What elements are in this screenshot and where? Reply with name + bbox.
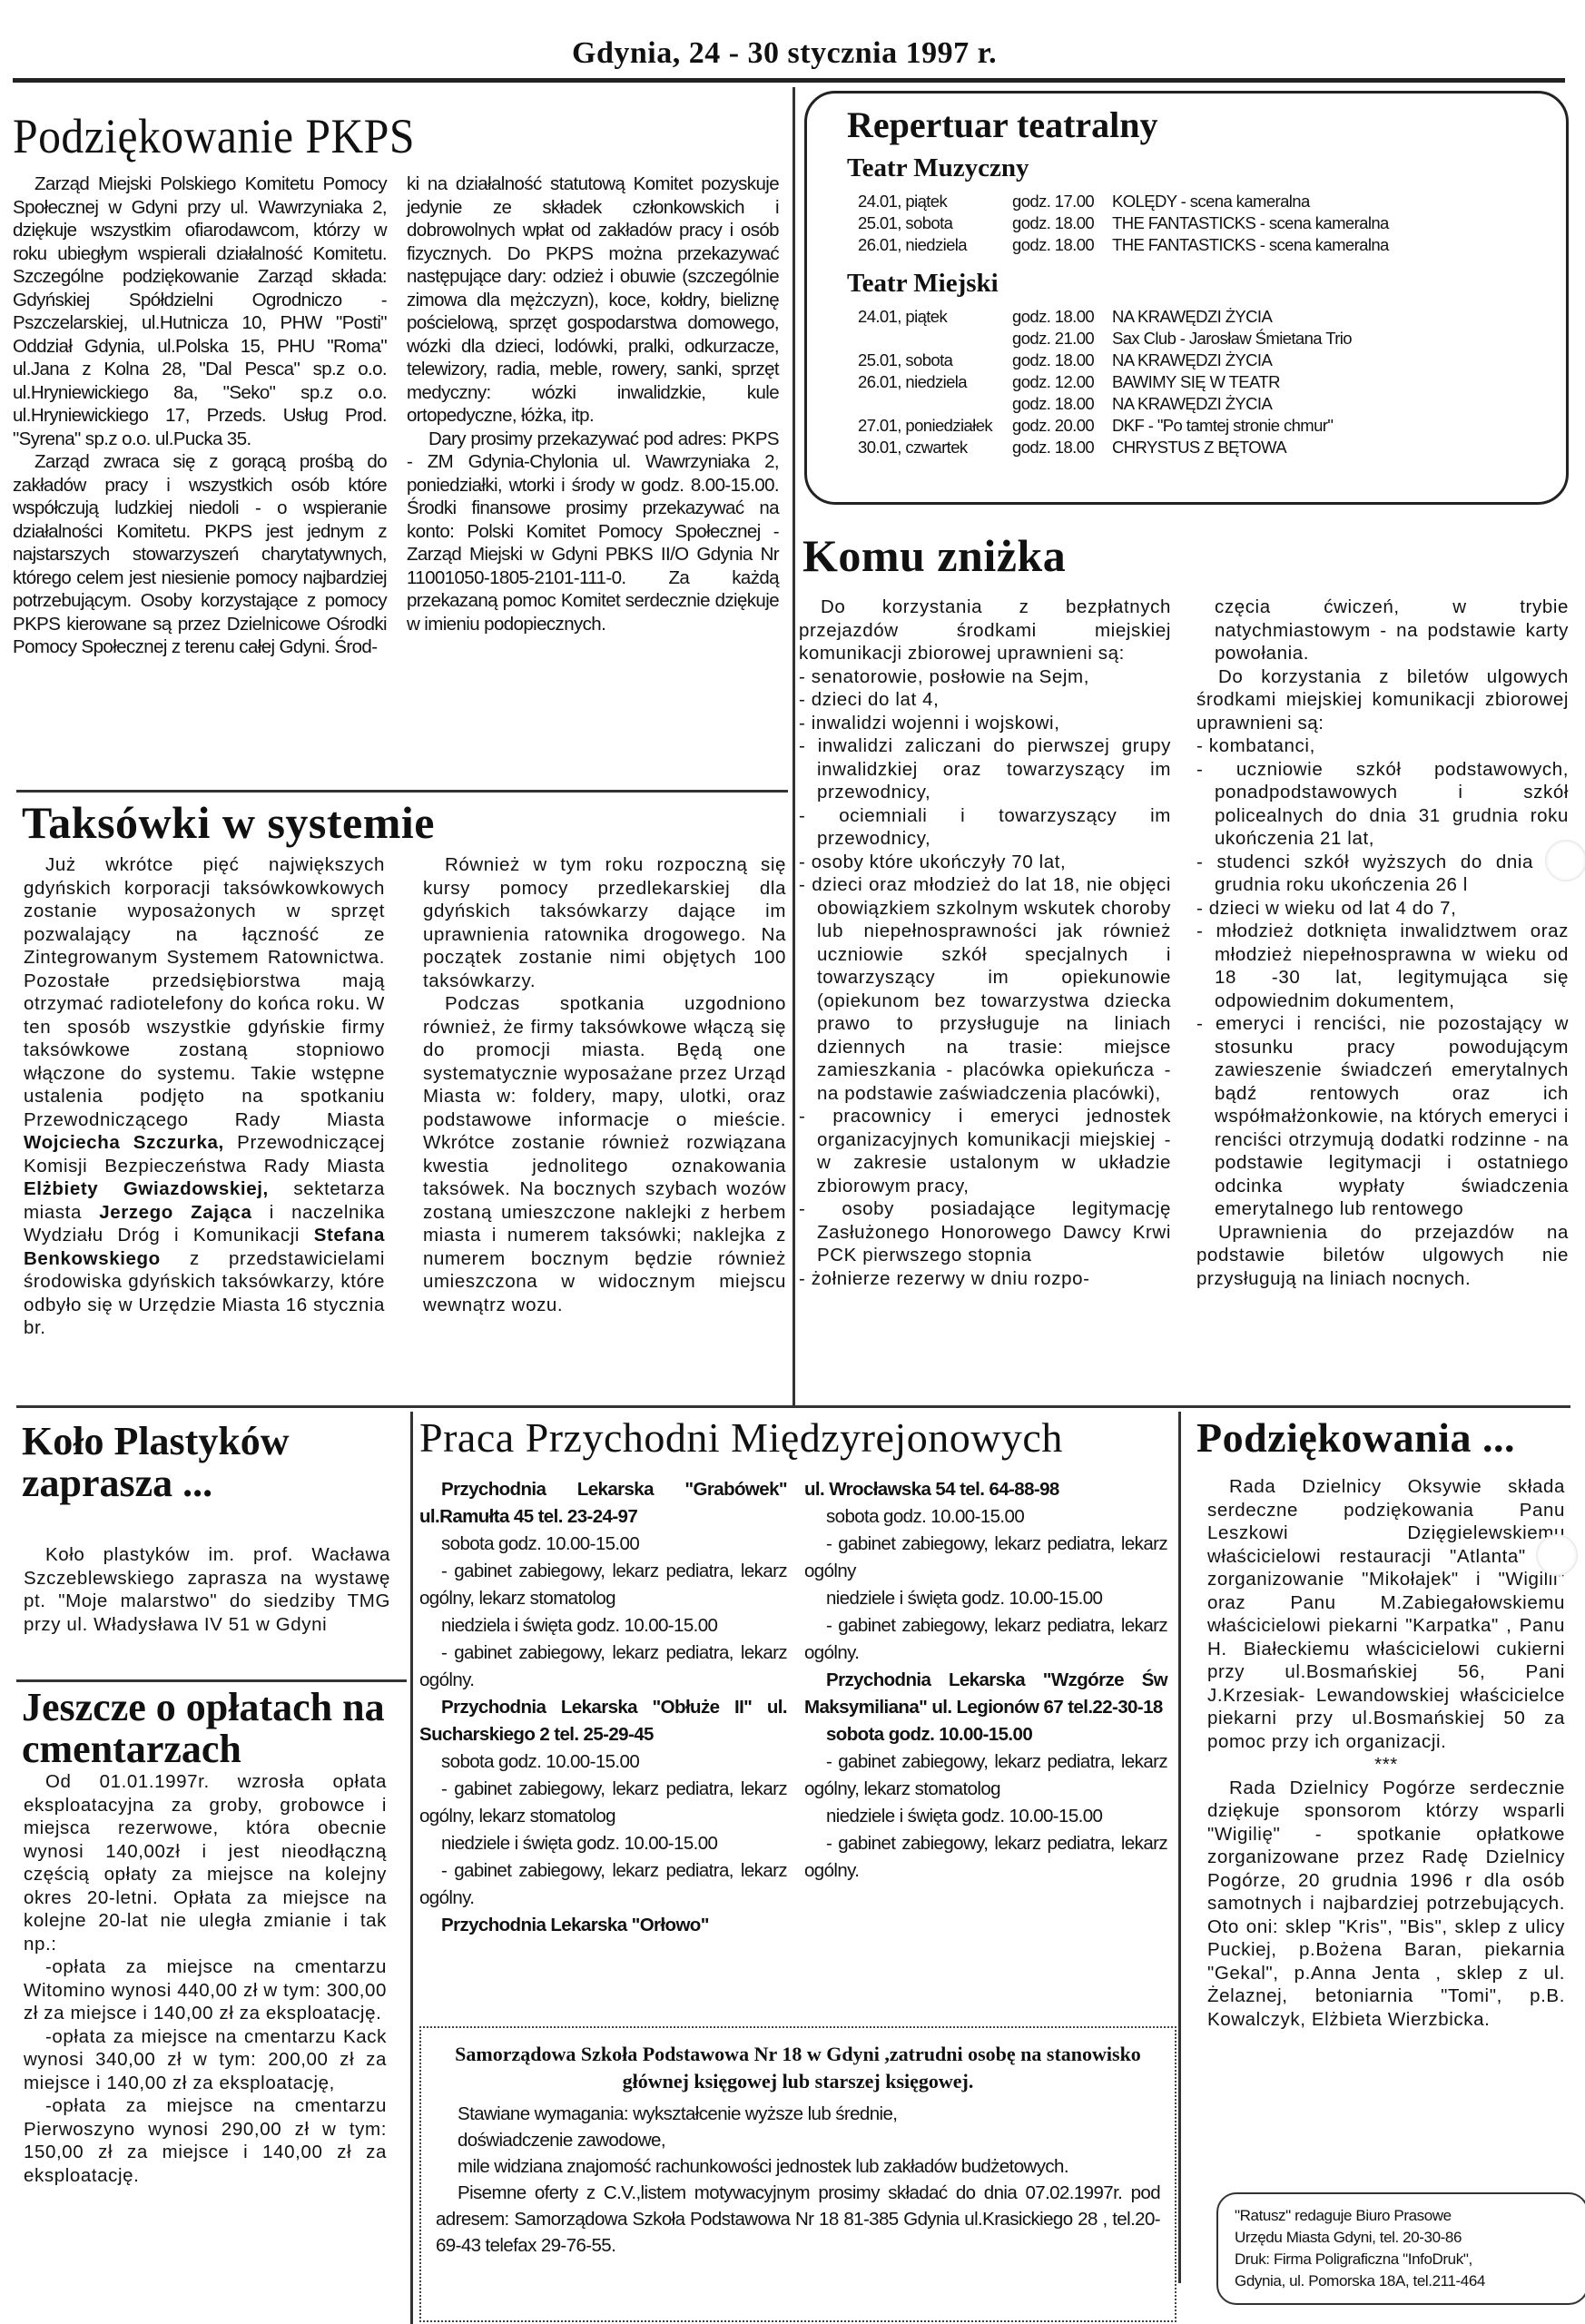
ad-heading: Samorządowa Szkoła Podstawowa Nr 18 w Gd…	[421, 2028, 1175, 2101]
clinic-hours: niedziela i święta godz. 10.00-15.00	[419, 1612, 787, 1640]
list-item: ociemniali i towarzyszący im przewodnicy…	[799, 804, 1171, 851]
show-date: 26.01, niedziela	[858, 234, 1012, 256]
schedule-row: godz. 18.00NA KRAWĘDZI ŻYCIA	[858, 393, 1352, 415]
list-item: dzieci w wieku od lat 4 do 7,	[1196, 897, 1569, 921]
ad-line: Pisemne oferty z C.V.,listem motywacyjny…	[436, 2180, 1160, 2259]
paragraph: częcia ćwiczeń, w trybie natychmiastowym…	[1196, 596, 1569, 665]
clinic-hours: - gabinet zabiegowy, lekarz pediatra, le…	[419, 1640, 787, 1694]
list-item: dzieci oraz młodzież do lat 18, nie obję…	[799, 873, 1171, 1105]
article-title: Komu zniżka	[802, 532, 1066, 580]
clinic-hours: sobota godz. 10.00-15.00	[419, 1748, 787, 1776]
list-item: senatorowie, posłowie na Sejm,	[799, 665, 1171, 689]
show-time: godz. 20.00	[1012, 415, 1112, 437]
top-rule	[13, 78, 1565, 83]
colophon-line: Gdynia, ul. Pomorska 18A, tel.211-464	[1235, 2270, 1570, 2292]
hole-punch	[1536, 1534, 1578, 1576]
show-date: 24.01, piątek	[858, 191, 1012, 212]
clinic-hours: - gabinet zabiegowy, lekarz pediatra, le…	[419, 1776, 787, 1830]
pkps-column-2: ki na działalność statutową Komitet pozy…	[407, 172, 779, 635]
article-title: Podziękowania ...	[1196, 1416, 1515, 1460]
show-time: godz. 12.00	[1012, 371, 1112, 393]
show-title: DKF - "Po tamtej stronie chmur"	[1112, 415, 1352, 437]
ad-line: doświadczenie zawodowe,	[436, 2127, 1160, 2153]
show-time: godz. 18.00	[1012, 306, 1112, 328]
paragraph: Zarząd Miejski Polskiego Komitetu Pomocy…	[13, 172, 387, 450]
clinic-name: ul. Wrocławska 54 tel. 64-88-98	[804, 1476, 1167, 1503]
paragraph: Uprawnienia do przejazdów na podstawie b…	[1196, 1221, 1569, 1291]
show-date	[858, 393, 1012, 415]
clinics-column-2: ul. Wrocławska 54 tel. 64-88-98sobota go…	[804, 1476, 1167, 1885]
list-item: żołnierze rezerwy w dniu rozpo-	[799, 1267, 1171, 1291]
clinic-hours: - gabinet zabiegowy, lekarz pediatra, le…	[419, 1558, 787, 1612]
paragraph: Rada Dzielnicy Oksywie składa serdeczne …	[1207, 1475, 1565, 1753]
cemetery-body: Od 01.01.1997r. wzrosła opłata eksploata…	[24, 1770, 387, 2187]
clinic-hours: - gabinet zabiegowy, lekarz pediatra, le…	[804, 1830, 1167, 1885]
paragraph: -opłata za miejsce na cmentarzu Kack wyn…	[24, 2025, 387, 2095]
paragraph: -opłata za miejsce na cmentarzu Pierwosz…	[24, 2094, 387, 2187]
clinic-hours: niedziele i święta godz. 10.00-15.00	[419, 1830, 787, 1857]
clinic-hours: niedziele i święta godz. 10.00-15.00	[804, 1803, 1167, 1830]
section-rule	[16, 1405, 1570, 1408]
schedule-row: 24.01, piątekgodz. 18.00NA KRAWĘDZI ŻYCI…	[858, 306, 1352, 328]
thanks-body: Rada Dzielnicy Oksywie składa serdeczne …	[1207, 1475, 1565, 2031]
show-time: godz. 18.00	[1012, 234, 1112, 256]
schedule-row: 26.01, niedzielagodz. 18.00THE FANTASTIC…	[858, 234, 1389, 256]
theatre-name: Teatr Miejski	[847, 269, 1566, 299]
show-title: THE FANTASTICKS - scena kameralna	[1112, 234, 1389, 256]
article-title: Taksówki w systemie	[22, 799, 435, 847]
schedule-table: 24.01, piątekgodz. 17.00KOLĘDY - scena k…	[858, 191, 1389, 256]
show-date: 24.01, piątek	[858, 306, 1012, 328]
paragraph: -opłata za miejsce na cmentarzu Witomino…	[24, 1955, 387, 2025]
show-title: BAWIMY SIĘ W TEATR	[1112, 371, 1352, 393]
show-time: godz. 18.00	[1012, 212, 1112, 234]
show-date	[858, 328, 1012, 350]
clinic-name: sobota godz. 10.00-15.00	[804, 1721, 1167, 1748]
hole-punch	[1545, 840, 1585, 881]
schedule-row: godz. 21.00Sax Club - Jarosław Śmietana …	[858, 328, 1352, 350]
colophon-line: Urzędu Miasta Gdyni, tel. 20-30-86	[1235, 2227, 1570, 2249]
show-time: godz. 17.00	[1012, 191, 1112, 212]
theatre-repertoire-box: Repertuar teatralny Teatr Muzyczny 24.01…	[804, 91, 1569, 505]
article-title: Jeszcze o opłatach na cmentarzach	[22, 1687, 403, 1770]
colophon-box: "Ratusz" redaguje Biuro PrasoweUrzędu Mi…	[1216, 2192, 1585, 2305]
show-date: 27.01, poniedziałek	[858, 415, 1012, 437]
show-title: Sax Club - Jarosław Śmietana Trio	[1112, 328, 1352, 350]
clinic-name: Przychodnia Lekarska "Orłowo"	[419, 1912, 787, 1939]
show-time: godz. 18.00	[1012, 393, 1112, 415]
schedule-row: 27.01, poniedziałekgodz. 20.00DKF - "Po …	[858, 415, 1352, 437]
list-item: emeryci i renciści, nie pozostający w st…	[1196, 1012, 1569, 1221]
separator: ***	[1207, 1753, 1565, 1777]
reduced-fare-list: kombatanci,uczniowie szkół podstawowych,…	[1196, 734, 1569, 1221]
paragraph: Już wkrótce pięć największych gdyńskich …	[24, 853, 385, 1340]
colophon-line: Druk: Firma Poligraficzna "InfoDruk",	[1235, 2249, 1570, 2270]
schedule-row: 24.01, piątekgodz. 17.00KOLĘDY - scena k…	[858, 191, 1389, 212]
section-rule	[16, 790, 788, 793]
theatre-name: Teatr Muzyczny	[847, 153, 1566, 183]
schedule-row: 26.01, niedzielagodz. 12.00BAWIMY SIĘ W …	[858, 371, 1352, 393]
schedule-table: 24.01, piątekgodz. 18.00NA KRAWĘDZI ŻYCI…	[858, 306, 1352, 458]
column-divider	[792, 87, 795, 1407]
clinic-hours: sobota godz. 10.00-15.00	[804, 1503, 1167, 1531]
show-time: godz. 18.00	[1012, 350, 1112, 371]
ad-line: mile widziana znajomość rachunkowości je…	[436, 2153, 1160, 2180]
dateline: Gdynia, 24 - 30 stycznia 1997 r.	[572, 36, 997, 71]
show-title: THE FANTASTICKS - scena kameralna	[1112, 212, 1389, 234]
box-title: Repertuar teatralny	[847, 106, 1566, 144]
paragraph: Również w tym roku rozpoczną się kursy p…	[423, 853, 786, 992]
show-date: 26.01, niedziela	[858, 371, 1012, 393]
schedule-row: 25.01, sobotagodz. 18.00NA KRAWĘDZI ŻYCI…	[858, 350, 1352, 371]
list-item: dzieci do lat 4,	[799, 688, 1171, 712]
colophon-line: "Ratusz" redaguje Biuro Prasowe	[1235, 2205, 1570, 2227]
paragraph: Do korzystania z bezpłatnych przejazdów …	[799, 596, 1171, 665]
ad-body: Stawiane wymagania: wykształcenie wyższe…	[421, 2101, 1175, 2259]
clinic-name: Przychodnia Lekarska "Grabówek" ul.Ramuł…	[419, 1476, 787, 1531]
show-title: KOLĘDY - scena kameralna	[1112, 191, 1389, 212]
list-item: inwalidzi zaliczani do pierwszej grupy i…	[799, 734, 1171, 804]
free-travel-list: senatorowie, posłowie na Sejm,dzieci do …	[799, 665, 1171, 1291]
column-divider	[1178, 1412, 1181, 2283]
list-item: inwalidzi wojenni i wojskowi,	[799, 712, 1171, 735]
show-title: NA KRAWĘDZI ŻYCIA	[1112, 306, 1352, 328]
paragraph: Podczas spotkania uzgodniono również, że…	[423, 992, 786, 1316]
show-date: 25.01, sobota	[858, 350, 1012, 371]
show-title: NA KRAWĘDZI ŻYCIA	[1112, 350, 1352, 371]
taxi-column-1: Już wkrótce pięć największych gdyńskich …	[24, 853, 385, 1340]
clinic-hours: - gabinet zabiegowy, lekarz pediatra, le…	[804, 1531, 1167, 1585]
schedule-row: 30.01, czwartekgodz. 18.00CHRYSTUS Z BĘT…	[858, 437, 1352, 458]
show-time: godz. 21.00	[1012, 328, 1112, 350]
taxi-column-2: Również w tym roku rozpoczną się kursy p…	[423, 853, 786, 1316]
clinic-hours: - gabinet zabiegowy, lekarz pediatra, le…	[419, 1857, 787, 1912]
article-title: Podziękowanie PKPS	[13, 111, 723, 162]
artists-body: Koło plastyków im. prof. Wacława Szczebl…	[24, 1543, 390, 1636]
ad-line: Stawiane wymagania: wykształcenie wyższe…	[436, 2101, 1160, 2127]
job-advertisement: Samorządowa Szkoła Podstawowa Nr 18 w Gd…	[419, 2026, 1176, 2322]
show-date: 30.01, czwartek	[858, 437, 1012, 458]
schedule-row: 25.01, sobotagodz. 18.00THE FANTASTICKS …	[858, 212, 1389, 234]
clinic-name: Przychodnia Lekarska "Wzgórze Św Maksymi…	[804, 1667, 1167, 1721]
discount-column-2: częcia ćwiczeń, w trybie natychmiastowym…	[1196, 596, 1569, 1290]
list-item: uczniowie szkół podstawowych, ponadpodst…	[1196, 758, 1569, 851]
show-time: godz. 18.00	[1012, 437, 1112, 458]
paragraph: Do korzystania z biletów ulgowych środka…	[1196, 665, 1569, 735]
paragraph: Rada Dzielnicy Pogórze serdecznie dzięku…	[1207, 1777, 1565, 2032]
list-item: osoby posiadające legitymację Zasłużoneg…	[799, 1197, 1171, 1267]
paragraph: Od 01.01.1997r. wzrosła opłata eksploata…	[24, 1770, 387, 1955]
clinic-hours: - gabinet zabiegowy, lekarz pediatra, le…	[804, 1612, 1167, 1667]
list-item: młodzież dotknięta inwalidztwem oraz mło…	[1196, 920, 1569, 1012]
pkps-column-1: Zarząd Miejski Polskiego Komitetu Pomocy…	[13, 172, 387, 659]
clinic-hours: - gabinet zabiegowy, lekarz pediatra, le…	[804, 1748, 1167, 1803]
show-title: NA KRAWĘDZI ŻYCIA	[1112, 393, 1352, 415]
clinic-name: Przychodnia Lekarska "Obłuże II" ul. Suc…	[419, 1694, 787, 1748]
discount-column-1: Do korzystania z bezpłatnych przejazdów …	[799, 596, 1171, 1290]
column-divider	[410, 1412, 413, 2324]
paragraph: Dary prosimy przekazywać pod adres: PKPS…	[407, 428, 779, 636]
paragraph: Zarząd zwraca się z gorącą prośbą do zak…	[13, 450, 387, 659]
list-item: kombatanci,	[1196, 734, 1569, 758]
article-title: Praca Przychodni Międzyrejonowych	[419, 1416, 1063, 1460]
paragraph: Koło plastyków im. prof. Wacława Szczebl…	[24, 1543, 390, 1636]
clinic-hours: niedziele i święta godz. 10.00-15.00	[804, 1585, 1167, 1612]
list-item: osoby które ukończyły 70 lat,	[799, 851, 1171, 874]
show-date: 25.01, sobota	[858, 212, 1012, 234]
article-pkps: Podziękowanie PKPS	[13, 111, 784, 162]
article-title: Koło Plastyków zaprasza ...	[22, 1421, 403, 1504]
show-title: CHRYSTUS Z BĘTOWA	[1112, 437, 1352, 458]
clinics-column-1: Przychodnia Lekarska "Grabówek" ul.Ramuł…	[419, 1476, 787, 1939]
list-item: studenci szkół wyższych do dnia 31 grudn…	[1196, 851, 1569, 897]
list-item: pracownicy i emeryci jednostek organizac…	[799, 1105, 1171, 1197]
clinic-hours: sobota godz. 10.00-15.00	[419, 1531, 787, 1558]
paragraph: ki na działalność statutową Komitet pozy…	[407, 172, 779, 428]
section-rule	[16, 1679, 407, 1682]
